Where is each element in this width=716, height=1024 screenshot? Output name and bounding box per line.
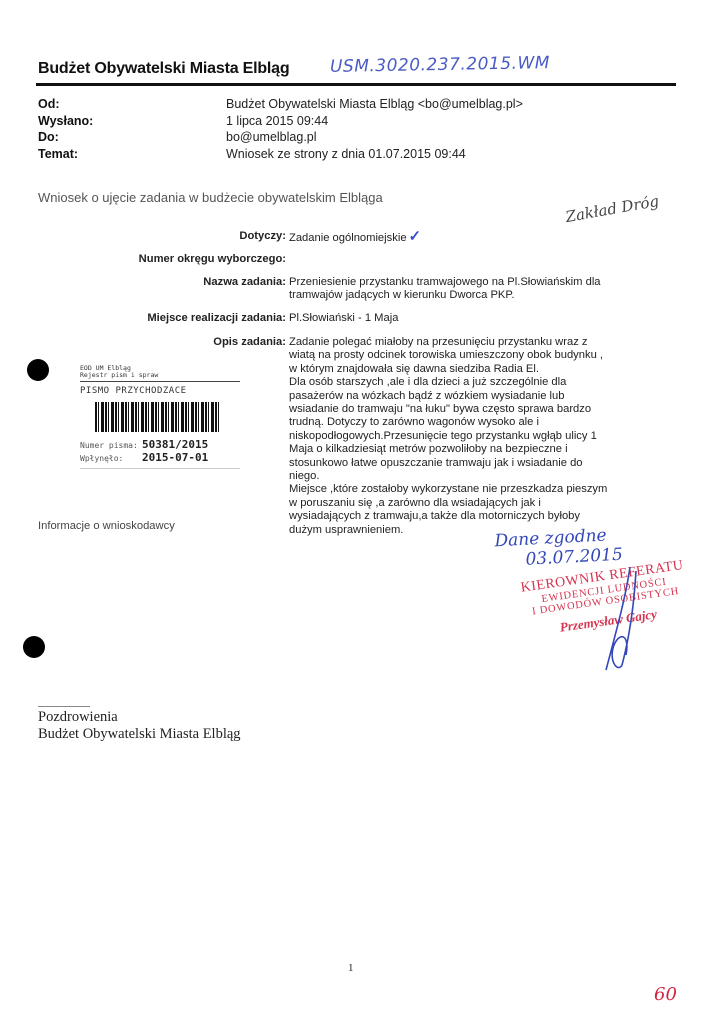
- field-value-location: Pl.Słowiański - 1 Maja: [289, 312, 619, 325]
- stamp-received-value: 2015-07-01: [142, 451, 208, 464]
- handwritten-reference-number: USM.3020.237.2015.WM: [330, 53, 550, 77]
- handwritten-department-note: Zakład Dróg: [564, 192, 660, 226]
- barcode-icon: [95, 402, 220, 432]
- closing: Pozdrowienia Budżet Obywatelski Miasta E…: [38, 709, 241, 743]
- stamp-divider: [80, 381, 240, 382]
- meta-label-sent: Wysłano:: [38, 114, 93, 128]
- field-value-concerns: Zadanie ogólnomiejskie✓: [289, 230, 619, 245]
- stamp-number-label: Numer pisma:: [80, 441, 142, 450]
- meta-value-to: bo@umelblag.pl: [226, 130, 317, 144]
- handwritten-page-number: 60: [654, 984, 677, 1005]
- meta-label-from: Od:: [38, 97, 60, 111]
- applicant-info-heading: Informacje o wnioskodawcy: [38, 520, 175, 532]
- punch-hole: [27, 359, 49, 381]
- meta-value-subject: Wniosek ze strony z dnia 01.07.2015 09:4…: [226, 147, 466, 161]
- stamp-registry: Rejestr pism i spraw: [80, 372, 240, 379]
- field-value-task-name: Przeniesienie przystanku tramwajowego na…: [289, 276, 619, 303]
- stamp-document-type: PISMO PRZYCHODZACE: [80, 386, 240, 396]
- stamp-received-row: Wpłynęło: 2015-07-01: [80, 451, 240, 464]
- field-value-description: Zadanie polegać miałoby na przesunięciu …: [289, 336, 614, 537]
- meta-value-sent: 1 lipca 2015 09:44: [226, 114, 328, 128]
- form-title: Wniosek o ujęcie zadania w budżecie obyw…: [38, 190, 383, 205]
- stamp-bottom-divider: [80, 468, 240, 469]
- description-paragraph: Dla osób starszych ,ale i dla dzieci a j…: [289, 376, 614, 483]
- registry-stamp: EOD UM Elbląg Rejestr pism i spraw PISMO…: [80, 365, 240, 469]
- closing-greeting: Pozdrowienia: [38, 709, 241, 726]
- closing-divider: [38, 706, 90, 707]
- checkmark-icon: ✓: [409, 228, 422, 245]
- field-value-concerns-text: Zadanie ogólnomiejskie: [289, 232, 407, 244]
- field-label-task-name: Nazwa zadania:: [203, 276, 286, 288]
- stamp-number-row: Numer pisma: 50381/2015: [80, 438, 240, 451]
- signature-icon: [600, 565, 640, 675]
- closing-sender: Budżet Obywatelski Miasta Elbląg: [38, 726, 241, 743]
- stamp-received-label: Wpłynęło:: [80, 454, 142, 463]
- meta-label-to: Do:: [38, 130, 59, 144]
- meta-value-from: Budżet Obywatelski Miasta Elbląg <bo@ume…: [226, 97, 523, 111]
- field-label-location: Miejsce realizacji zadania:: [147, 312, 286, 324]
- description-paragraph: Zadanie polegać miałoby na przesunięciu …: [289, 336, 614, 376]
- field-label-concerns: Dotyczy:: [239, 230, 286, 242]
- stamp-number-value: 50381/2015: [142, 438, 208, 451]
- punch-hole: [23, 636, 45, 658]
- header-divider: [36, 83, 676, 86]
- field-label-description: Opis zadania:: [213, 336, 286, 348]
- page-number: 1: [348, 962, 354, 974]
- document-header-title: Budżet Obywatelski Miasta Elbląg: [38, 60, 289, 78]
- meta-label-subject: Temat:: [38, 147, 78, 161]
- field-label-district: Numer okręgu wyborczego:: [139, 253, 286, 265]
